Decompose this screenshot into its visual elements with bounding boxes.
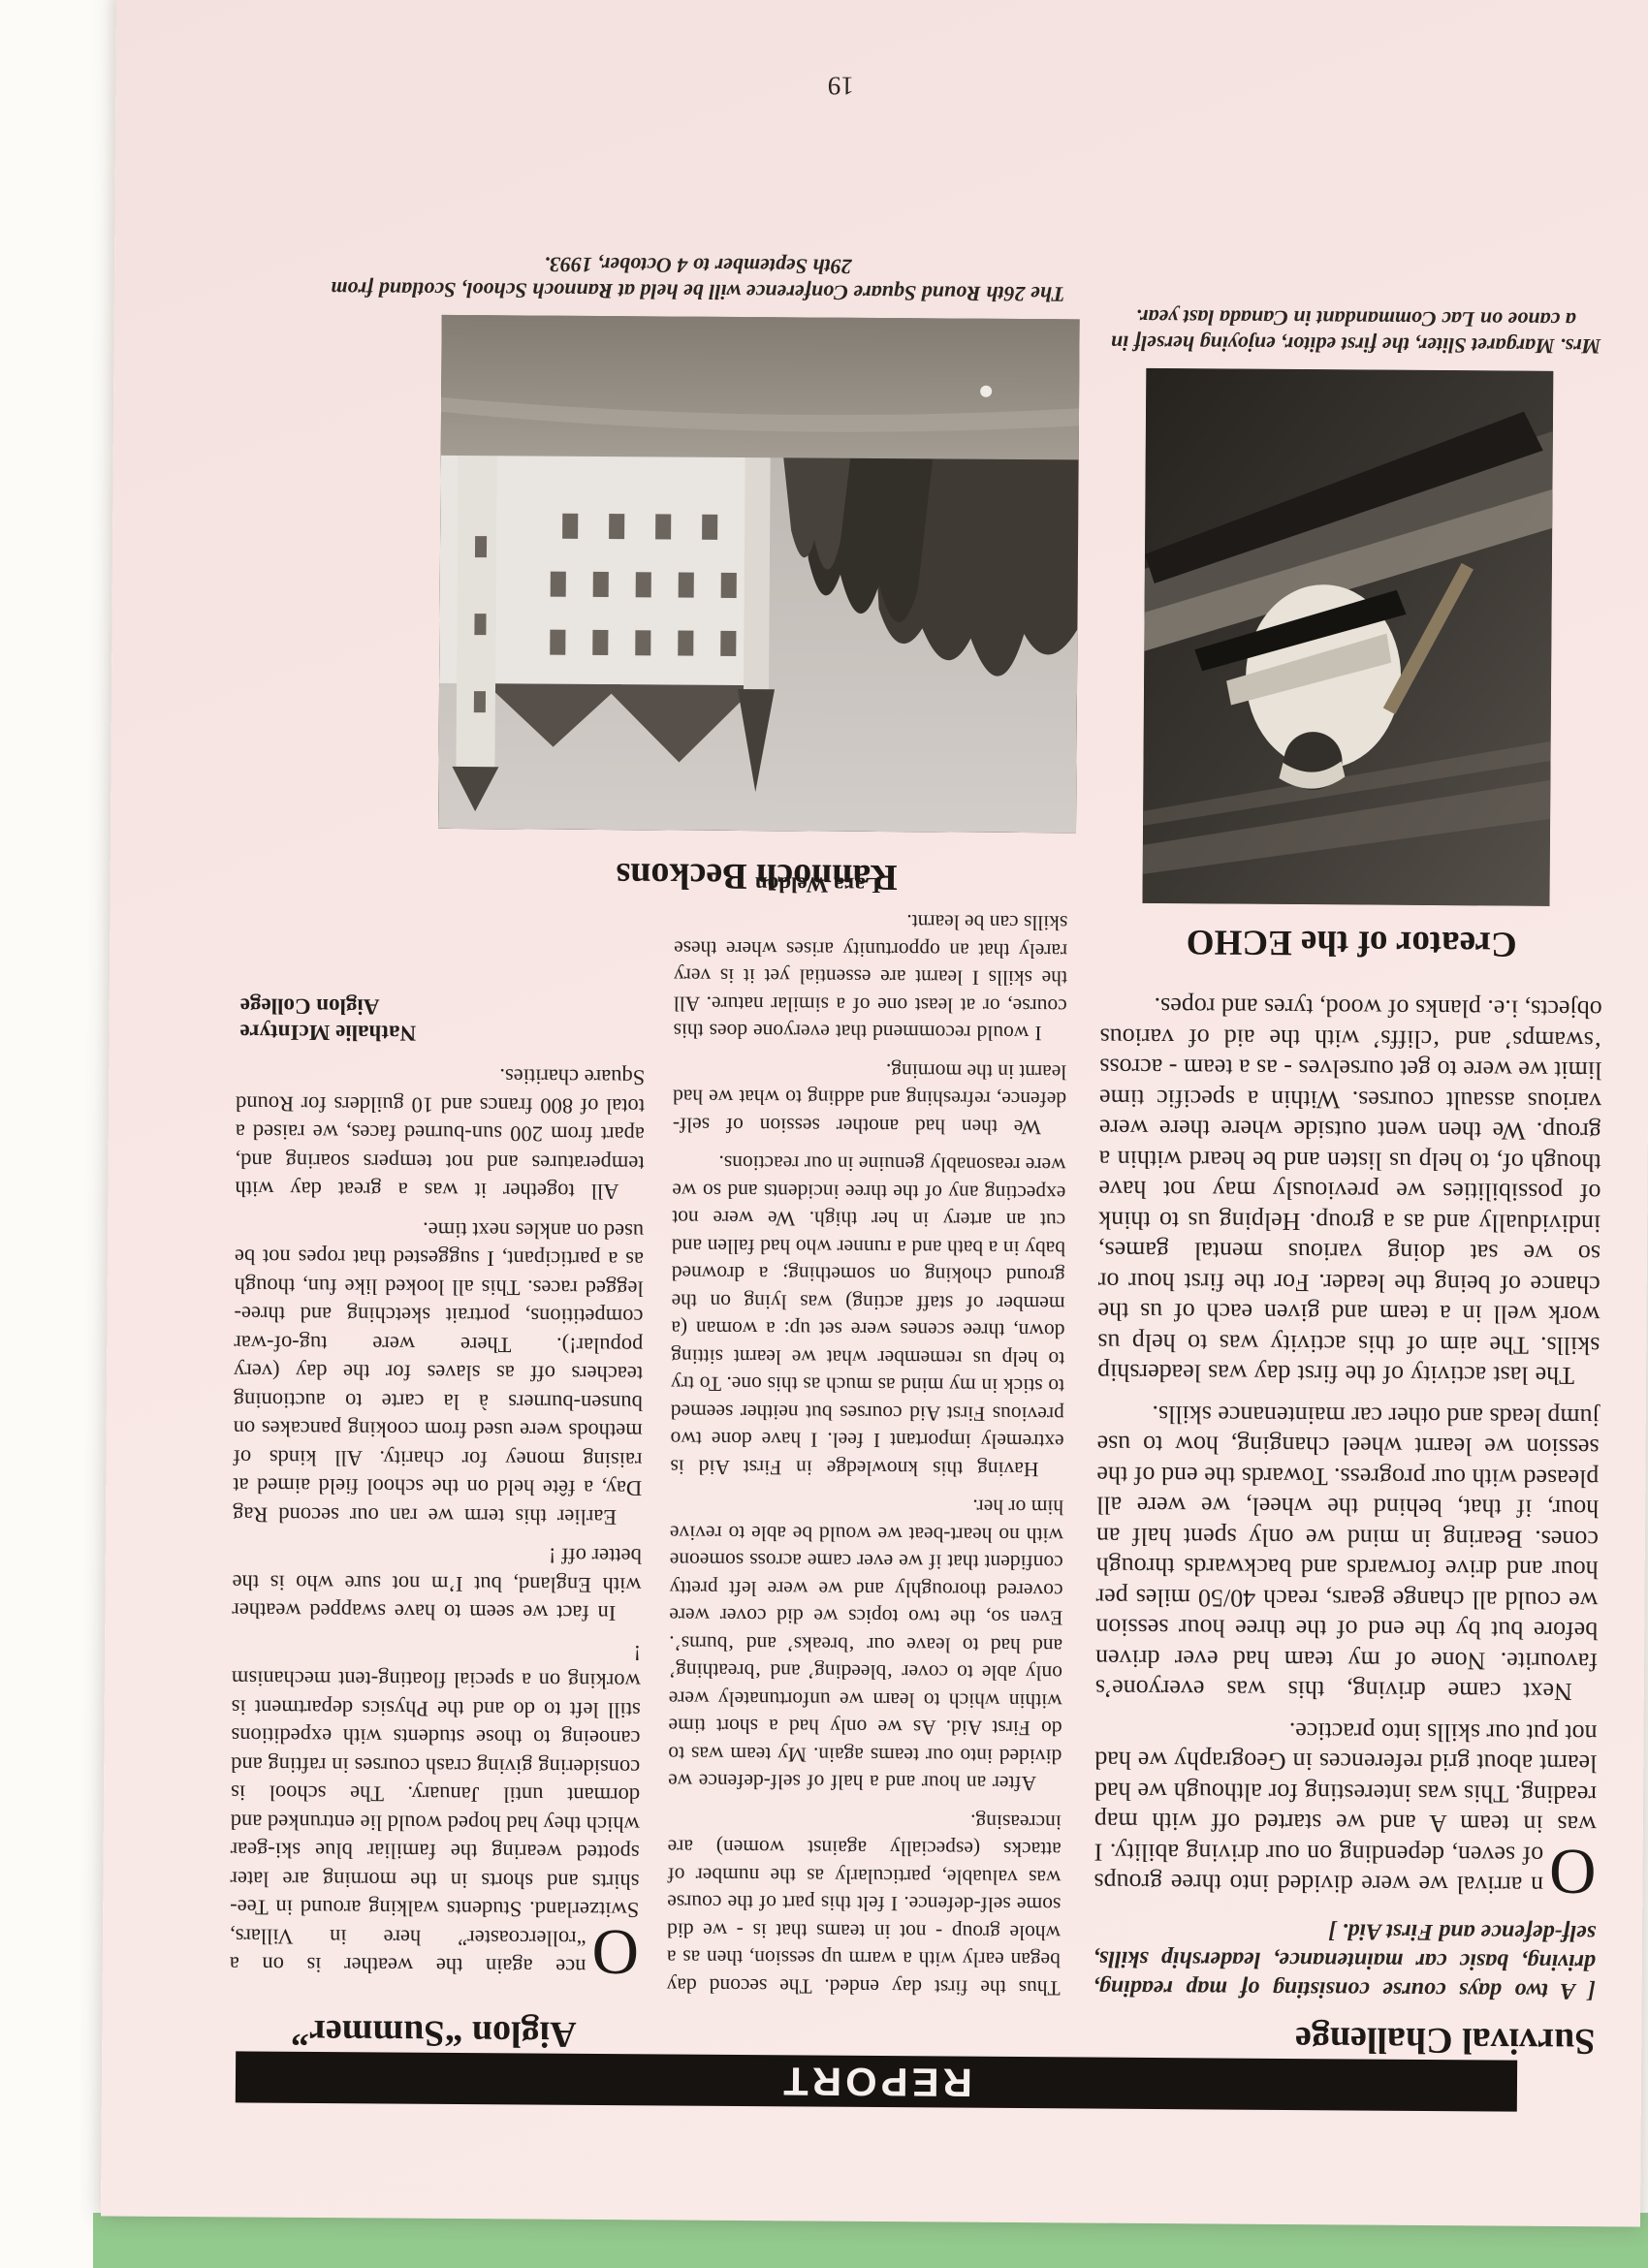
column-survival-challenge: Survival Challenge [ A two days course c…: [1093, 282, 1607, 2060]
rannoch-beckons-headline: Rannoch Beckons: [438, 854, 1076, 897]
page-number: 19: [773, 70, 908, 101]
survival-paragraph-6: Having this knowledge in First Aid is ex…: [670, 1150, 1065, 1484]
aiglon-byline-org: Aiglon College: [240, 993, 380, 1019]
green-strip-corner: [0, 2213, 93, 2268]
canoe-photo-artwork: [1142, 368, 1553, 906]
canoe-photo: [1142, 368, 1553, 906]
survival-paragraph-1: On arrival we were divided into three gr…: [1093, 1715, 1597, 1902]
aiglon-summer-headline: Aiglon “Summer”: [229, 2011, 638, 2053]
survival-paragraph-8: I would recommend that everyone does thi…: [673, 907, 1067, 1048]
canoe-photo-caption: Mrs. Margaret Sliter, the first editor, …: [1104, 303, 1606, 360]
report-banner-label: REPORT: [779, 2058, 972, 2104]
survival-paragraph-2: Next came driving, this was everyone’s f…: [1095, 1399, 1600, 1708]
survival-paragraph-1-text: n arrival we were divided into three gro…: [1093, 1717, 1597, 1900]
survival-course-summary: [ A two days course consisting of map re…: [1093, 1915, 1597, 2006]
rannoch-school-photo-artwork: [438, 315, 1080, 834]
aiglon-byline: Nathalie McIntyreAiglon College: [236, 992, 645, 1048]
rannoch-photo-caption: The 26th Round Square Conference will be…: [316, 250, 1080, 307]
creator-of-echo-headline: Creator of the ECHO: [1100, 920, 1602, 965]
column-survival-continued: Thus the first day ended. The second day…: [667, 849, 1068, 2002]
dropcap-o-aiglon: O: [586, 1927, 639, 1981]
aiglon-paragraph-3: Earlier this term we ran our second Rag …: [233, 1213, 644, 1530]
survival-paragraph-3: The last activity of the first day was l…: [1097, 991, 1602, 1391]
survival-paragraph-4: Thus the first day ended. The second day…: [667, 1806, 1062, 2001]
aiglon-paragraph-4: All together it was a great day with tem…: [235, 1060, 645, 1206]
scanned-page-upside-down: REPORT Survival Challenge [ A two days c…: [101, 0, 1648, 2227]
rannoch-beckons-feature: Rannoch Beckons: [301, 229, 1081, 897]
creator-of-echo-feature: Creator of the ECHO: [1100, 303, 1607, 965]
rannoch-school-photo: [438, 315, 1080, 834]
aiglon-paragraph-2: In fact we seem to have swapped weather …: [232, 1539, 642, 1627]
column-aiglon-summer: Aiglon “Summer” Once again the weather i…: [229, 970, 646, 2053]
report-section-banner: REPORT: [236, 2051, 1517, 2111]
survival-paragraph-7: We then had another session of self-defe…: [673, 1055, 1067, 1141]
scanner-background: [0, 0, 109, 2268]
aiglon-paragraph-1: Once again the weather is on a “rollerco…: [230, 1635, 641, 1981]
dropcap-o: O: [1543, 1846, 1597, 1901]
aiglon-paragraph-1-text: nce again the weather is on a “rollercoa…: [230, 1641, 641, 1979]
survival-challenge-headline: Survival Challenge: [1093, 2018, 1595, 2061]
survival-paragraph-5: After an hour and a half of self-defence…: [668, 1492, 1063, 1798]
aiglon-byline-name: Nathalie McIntyre: [239, 1020, 416, 1045]
